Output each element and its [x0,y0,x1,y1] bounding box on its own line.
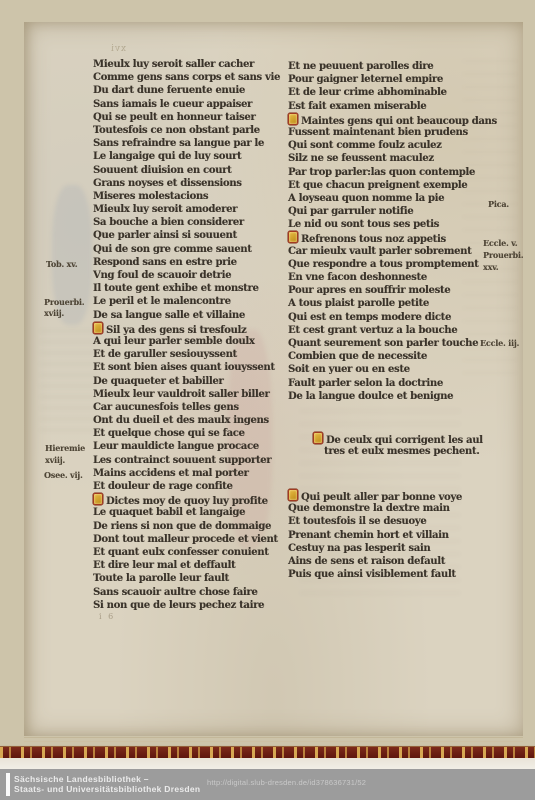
text-line: Et toutesfois il se desuoye [288,515,473,528]
text-line: Que demonstre la dextre main [288,502,473,515]
text-line: Les contrainct souuent supporter [93,454,293,467]
text-line: Respond sans en estre prie [93,256,293,269]
text-line: Grans noyses et dissensions [93,177,293,190]
paraph-mark-icon [288,231,298,243]
text-line: Et dire leur mal et deffault [93,559,293,572]
paraph-mark-icon [288,113,298,125]
text-line: De la langue doulce et benigne [288,390,473,403]
signature-mark: i 6 [99,612,115,621]
margin-note: Prouerbi. [483,250,523,260]
text-line: A loyseau quon nomme la pie [288,192,473,205]
text-line: Mains accidens et mal porter [93,467,293,480]
text-line: Et de leur crime abhominable [288,86,473,99]
text-line: Qui de son gre comme sauent [93,243,293,256]
margin-note: Osee. vij. [44,470,83,480]
text-line: Si non que de leurs pechez taire [93,599,293,612]
text-line: De ceulx qui corrigent les aul [313,432,478,445]
text-line: Car aucunesfois telles gens [93,401,293,414]
text-column-right-lower: Qui peult aller par bonne voyeQue demons… [288,489,473,581]
text-line: Sa bouche a bien considerer [93,216,293,229]
text-line: Fault parler selon la doctrine [288,377,473,390]
text-line: Qui peult aller par bonne voye [288,489,473,502]
text-line: Dictes moy de quoy luy profite [93,493,293,506]
library-name-line1: Sächsische Landesbibliothek – [14,774,200,784]
text-line: A qui leur parler semble doulx [93,335,293,348]
text-line: Refrenons tous noz appetis [288,231,473,244]
text-line: Pour apres en souffrir moleste [288,284,473,297]
text-line: Soit en yuer ou en este [288,363,473,376]
text-line: Que parler ainsi si souuent [93,229,293,242]
text-line: Vng foul de scauoir detrie [93,269,293,282]
text-line: Et quelque chose qui se face [93,427,293,440]
library-attribution: Sächsische Landesbibliothek – Staats- un… [14,774,200,794]
text-column-left: Mieulx luy seroit saller cacherComme gen… [93,58,293,612]
text-line: Qui est en temps modere dicte [288,311,473,324]
text-line: Et quant eulx confesser conuient [93,546,293,559]
margin-note: xxv. [483,262,498,272]
text-line: Le nid ou sont tous ses petis [288,218,473,231]
text-line: Et sont bien aises quant iouyssent [93,361,293,374]
footer-bar: Sächsische Landesbibliothek – Staats- un… [0,769,535,800]
text-line: Puis que ainsi visiblement fault [288,568,473,581]
margin-note: xviij. [44,308,64,318]
margin-note: xviij. [45,455,65,465]
text-line: Silz ne se feussent maculez [288,152,473,165]
text-line: Ains de sens et raison default [288,555,473,568]
text-line: Qui se peult en honneur taiser [93,111,293,124]
text-line: Quant seurement son parler touche [288,337,473,350]
text-line: Qui sont comme foulz aculez [288,139,473,152]
text-line: De quaqueter et babiller [93,375,293,388]
text-line: Sans iamais le cueur appaiser [93,98,293,111]
text-column-right: Et ne peuuent parolles direPour gaigner … [288,60,473,403]
text-line: Sans scauoir aultre chose faire [93,586,293,599]
text-line: Sil ya des gens si tresfoulz [93,322,293,335]
paraph-mark-icon [313,432,323,444]
text-line: Qui par garruler notifie [288,205,473,218]
text-line: Fussent maintenant bien prudens [288,126,473,139]
text-line: Mieulx leur vauldroit saller biller [93,388,293,401]
text-line: Toutesfois ce non obstant parle [93,124,293,137]
text-line: Est fait examen miserable [288,100,473,113]
margin-note: Prouerbi. [44,297,84,307]
text-line: Et cest grant vertuz a la bouche [288,324,473,337]
text-line: Souuent diuision en court [93,164,293,177]
margin-note: Eccle. v. [483,238,517,248]
gilt-edge-strip [0,746,535,758]
text-line: Comme gens sans corps et sans vie [93,71,293,84]
scan-lower-margin [0,758,535,769]
rubric-heading: De ceulx qui corrigent les aultres et eu… [313,432,478,458]
text-line: Et que chacun preignent exemple [288,179,473,192]
paraph-mark-icon [93,493,103,505]
margin-note: Tob. xv. [46,259,77,269]
paraph-mark-icon [288,489,298,501]
text-line: Mieulx luy seroit amoderer [93,203,293,216]
text-line: Et ne peuuent parolles dire [288,60,473,73]
text-line: tres et eulx mesmes pechent. [313,445,478,458]
margin-note: Pica. [488,199,509,209]
text-line: Cestuy na pas lesperit sain [288,542,473,555]
text-line: Sans refraindre sa langue par le [93,137,293,150]
margin-note: Hieremie [45,443,85,453]
text-line: Le peril et le malencontre [93,295,293,308]
text-line: Il toute gent exhibe et monstre [93,282,293,295]
text-line: Car mieulx vault parler sobrement [288,245,473,258]
text-line: Pour gaigner leternel empire [288,73,473,86]
text-line: Par trop parler:las quon contemple [288,166,473,179]
page-edge-line [24,741,523,742]
text-line: Mieulx luy seroit saller cacher [93,58,293,71]
text-line: Et douleur de rage confite [93,480,293,493]
text-line: Du dart dune feruente enuie [93,84,293,97]
margin-note: Eccle. iij. [480,338,519,348]
text-line: Maintes gens qui ont beaucoup dans [288,113,473,126]
paraph-mark-icon [93,322,103,334]
text-line: De riens si non que de dommaige [93,520,293,533]
text-line: Leur mauldicte langue procace [93,440,293,453]
text-line: En vne facon deshonneste [288,271,473,284]
text-line: De sa langue salle et villaine [93,309,293,322]
library-name-line2: Staats- und Universitätsbibliothek Dresd… [14,784,200,794]
manuscript-scan: xvi Mieulx luy seroit saller cacherComme… [0,0,535,800]
text-line: Le langaige qui de luy sourt [93,150,293,163]
text-line: Toute la parolle leur fault [93,572,293,585]
text-line: Dont tout malleur procede et vient [93,533,293,546]
text-line: Le quaquet babil et langaige [93,506,293,519]
text-line: Miseres molestacions [93,190,293,203]
text-line: A tous plaist parolle petite [288,297,473,310]
text-line: Que respondre a tous promptement [288,258,473,271]
text-line: Combien que de necessite [288,350,473,363]
text-line: Et de garuller sesiouyssent [93,348,293,361]
page-edge-line [24,737,523,738]
folio-number-showthrough: xvi [110,44,126,54]
document-url: http://digital.slub-dresden.de/id3786367… [207,778,366,787]
text-line: Prenant chemin hort et villain [288,529,473,542]
footer-accent-stripe [6,773,10,796]
text-line: Ont du dueil et des maulx ingens [93,414,293,427]
